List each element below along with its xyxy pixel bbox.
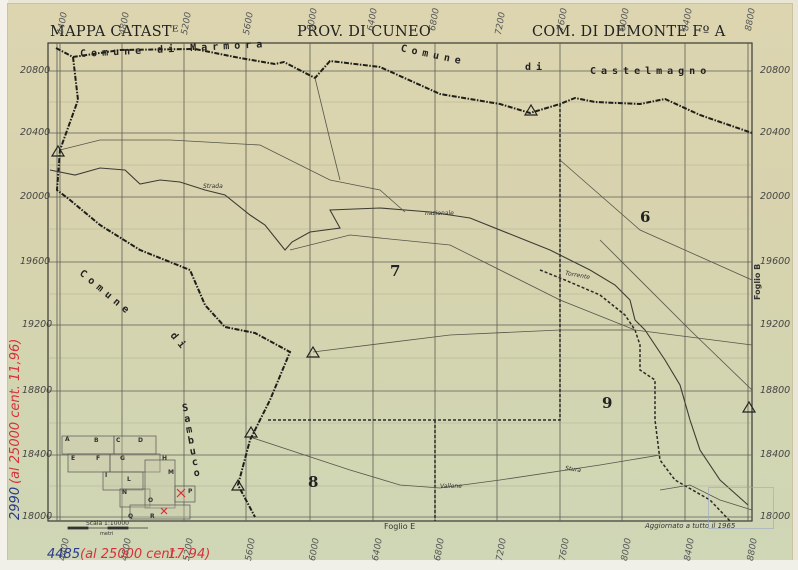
tick-right-19200: 19200 (760, 319, 790, 330)
comune-boundary (56, 48, 752, 517)
label-comune-castelmagno-2: di (525, 62, 547, 73)
scale-bar (68, 527, 148, 529)
archive-stamp (708, 487, 774, 529)
tick-right-18800: 18800 (760, 385, 790, 396)
annotation-left-blue: 2990 (8, 487, 23, 520)
index-sheet-r: R (150, 513, 155, 520)
index-sheet-c: C (116, 437, 120, 444)
tick-right-20400: 20400 (760, 127, 790, 138)
index-sheet-g: G (120, 455, 125, 462)
index-sheet-e: E (71, 455, 75, 462)
index-sheet-b: B (94, 437, 99, 444)
index-sheet-d: D (138, 437, 143, 444)
tick-right-20800: 20800 (760, 65, 790, 76)
index-sheet-n: N (122, 489, 127, 496)
annotation-bottom-red-1: (al 25000 cent. (80, 547, 179, 562)
label-scale: Scala 1:10000 (86, 520, 129, 527)
tick-right-18400: 18400 (760, 449, 790, 460)
map-drawing (0, 0, 798, 570)
tick-left-20400: 20400 (20, 127, 50, 138)
label-foglio-b: Foglio B (753, 264, 762, 300)
index-sheet-q: Q (128, 513, 133, 520)
foglio-boundary (268, 104, 730, 521)
index-sheet-f: F (96, 455, 100, 462)
annotation-left-red: (al 25000 cent. 11,96) (8, 339, 23, 484)
index-sheet-o: O (148, 497, 153, 504)
index-sheet-p: P (188, 488, 192, 495)
label-scale-units: metri (100, 531, 113, 537)
label-strada: Strada (203, 183, 223, 190)
tick-left-19600: 19600 (20, 256, 50, 267)
parcel-number-7: 7 (390, 262, 400, 280)
annotation-bottom-red-2: 17,94) (168, 547, 210, 562)
label-comune-castelmagno-3: Castelmagno (590, 66, 711, 77)
parcel-number-6: 6 (640, 208, 650, 226)
tick-right-20000: 20000 (760, 191, 790, 202)
tick-left-18000: 18000 (22, 511, 52, 522)
index-sheet-a: A (65, 436, 70, 443)
index-sheet-h: H (162, 455, 167, 462)
annotation-bottom-blue: 4485 (47, 547, 80, 562)
index-sheet-m: M (168, 469, 174, 476)
parcel-number-9: 9 (602, 394, 612, 412)
label-nazionale: nazionale (425, 210, 454, 217)
parcel-number-8: 8 (308, 473, 318, 491)
tick-left-19200: 19200 (22, 319, 52, 330)
tick-left-18400: 18400 (22, 449, 52, 460)
index-sheet-i: I (105, 472, 107, 479)
tick-left-18800: 18800 (22, 385, 52, 396)
tick-right-19600: 19600 (760, 256, 790, 267)
tick-left-20800: 20800 (20, 65, 50, 76)
label-foglio-e: Foglio E (384, 522, 415, 531)
trig-point-markers (52, 105, 755, 490)
label-vallone: Vallone (440, 483, 462, 490)
tick-left-20000: 20000 (20, 191, 50, 202)
index-sheet-l: L (127, 476, 131, 483)
